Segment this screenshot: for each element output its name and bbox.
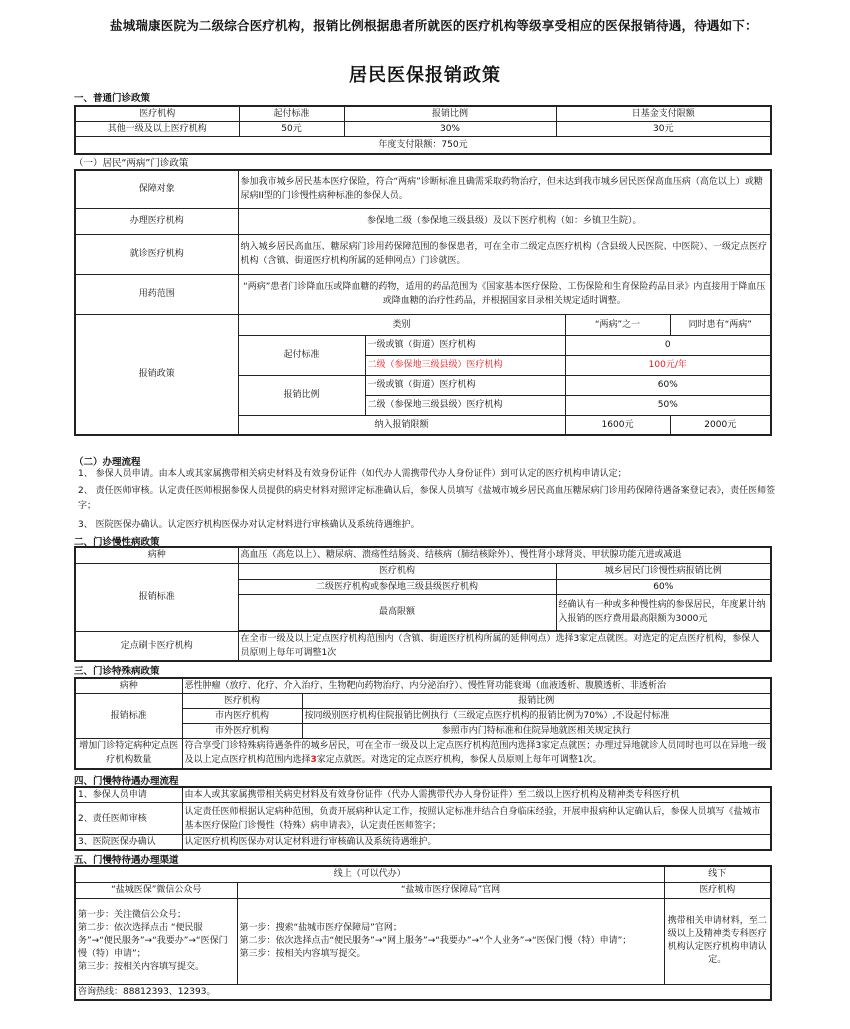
page-title: 居民医保报销政策 <box>0 61 850 87</box>
row-text: 认定医疗机构医保办对认定材料进行审核确认及系统待遇维护。 <box>182 835 771 851</box>
step: 第二步：依次选择点击 “便民服务”→“便民服务”→“我要办”→“医保门慢（特）申… <box>78 922 235 961</box>
row-text: 认定责任医师根据认定病种范围，负责开展病种认定工作，按照认定标准并结合自身临床经… <box>182 803 771 835</box>
cell: 1600元 <box>565 415 670 435</box>
row-text: “两病”患者门诊降血压或降血糖的药物，适用的药品范围为《国家基本医疗保险、工伤保… <box>238 274 771 314</box>
row-text: 高血压（高危以上）、糖尿病、溃疡性结肠炎、结核病（肺结核除外）、慢性肾小球肾炎、… <box>238 547 771 563</box>
section4-heading: 四、门慢特待遇办理流程 <box>74 773 179 787</box>
header-cell: 起付标准 <box>239 106 344 122</box>
cell: 2000元 <box>670 415 771 435</box>
policy-label: 报销政策 <box>75 314 238 435</box>
cell: 50% <box>565 395 771 415</box>
procedure-step: 1、 参保人员申请。由本人或其家属携带相关病史材料及有效身份证件（如代办人需携带… <box>78 466 778 482</box>
header-cell: 报销比例 <box>344 106 556 122</box>
step: 第三步：按相关内容填写提交。 <box>78 961 235 974</box>
cell: 二级（参保地三级县级）医疗机构 <box>365 395 565 415</box>
header-cell: 日基金支付限额 <box>556 106 771 122</box>
row-text: 纳入城乡居民高血压、糖尿病门诊用药保障范围的参保患者，可在全市二级定点医疗机构（… <box>238 234 771 274</box>
step: 第三步：按相关内容填写提交。 <box>240 948 662 961</box>
procedure-step: 3、 医院医保办确认。认定医疗机构医保办对认定材料进行审核确认及系统待遇维护。 <box>78 517 778 533</box>
intro-paragraph: 盐城瑞康医院为二级综合医疗机构，报销比例根据患者所就医的医疗机构等级享受相应的医… <box>74 15 774 37</box>
cell-highlight: 二级（参保地三级县级）医疗机构 <box>365 355 565 375</box>
header-cell: 医疗机构 <box>182 694 302 709</box>
row-label: 增加门诊特定病种定点医疗机构数量 <box>75 739 182 769</box>
header-cell: 同时患有“两病” <box>670 314 771 335</box>
two-disease-table: 保障对象 参加我市城乡居民基本医疗保险，符合“两病”诊断标准且确需采取药物治疗，… <box>74 169 772 436</box>
header-cell: 医疗机构 <box>238 563 556 579</box>
cell: 30% <box>344 122 556 137</box>
row-text: 参保地二级（参保地三级县级）及以下医疗机构（如：乡镇卫生院）。 <box>238 208 771 234</box>
row-label: 报销标准 <box>75 694 182 739</box>
header-cell: 线上（可以代办） <box>75 866 664 882</box>
cell: 最高限额 <box>238 594 556 630</box>
section1a-heading: （一）居民“两病”门诊政策 <box>74 155 188 169</box>
general-outpatient-table: 医疗机构 起付标准 报销比例 日基金支付限额 其他一级及以上医疗机构 50元 3… <box>74 105 772 155</box>
web-steps: 第一步：搜索“盐城市医疗保障局”官网； 第二步：依次选择点击“便民服务”→“网上… <box>237 898 664 984</box>
row-label: 报销标准 <box>75 563 238 631</box>
chronic-disease-table: 病种 高血压（高危以上）、糖尿病、溃疡性结肠炎、结核病（肺结核除外）、慢性肾小球… <box>74 546 772 662</box>
cell: 0 <box>565 335 771 355</box>
cell: 60% <box>565 375 771 395</box>
step: 第一步：关注微信公众号； <box>78 909 235 922</box>
deductible-label: 起付标准 <box>238 335 365 375</box>
cell-highlight: 100元/年 <box>565 355 771 375</box>
wechat-steps: 第一步：关注微信公众号； 第二步：依次选择点击 “便民服务”→“便民服务”→“我… <box>75 898 237 984</box>
row-label: 病种 <box>75 678 182 694</box>
header-cell: “两病”之一 <box>565 314 670 335</box>
header-cell: 类别 <box>238 314 565 335</box>
row-text: 参加我市城乡居民基本医疗保险，符合“两病”诊断标准且确需采取药物治疗，但未达到我… <box>238 170 771 208</box>
cell: 一级或镇（街道）医疗机构 <box>365 335 565 355</box>
limit-label: 纳入报销限额 <box>238 415 565 435</box>
cell: 30元 <box>556 122 771 137</box>
header-cell: 医疗机构 <box>664 882 771 898</box>
section3-heading: 三、门诊特殊病政策 <box>74 663 160 677</box>
row-label: 保障对象 <box>75 170 238 208</box>
cell: 市内医疗机构 <box>182 709 302 724</box>
cell: 经确认有一种或多种慢性病的参保居民，年度累计纳入报销的医疗费用最高限额为3000… <box>556 594 771 630</box>
cell: 60% <box>556 579 771 594</box>
header-cell: “盐城医保”微信公众号 <box>75 882 237 898</box>
cell: 市外医疗机构 <box>182 724 302 739</box>
step: 第一步：搜索“盐城市医疗保障局”官网； <box>240 922 662 935</box>
header-cell: 医疗机构 <box>75 106 239 122</box>
row-label: 2、责任医师审核 <box>75 803 182 835</box>
row-label: 3、医院医保办确认 <box>75 835 182 851</box>
row-text: 符合享受门诊特殊病待遇条件的城乡居民，可在全市一级及以上定点医疗机构范围内选择3… <box>182 739 771 769</box>
annual-limit: 年度支付限额：750元 <box>75 137 771 155</box>
cell: 一级或镇（街道）医疗机构 <box>365 375 565 395</box>
row-label: 就诊医疗机构 <box>75 234 238 274</box>
cell: 二级医疗机构或参保地三级县级医疗机构 <box>238 579 556 594</box>
hotline: 咨询热线：88812393、12393。 <box>75 984 771 1000</box>
header-cell: 城乡居民门诊慢性病报销比例 <box>556 563 771 579</box>
row-label: 定点刷卡医疗机构 <box>75 631 238 661</box>
process-table: 1、参保人员申请 由本人或其家属携带相关病史材料及有效身份证件（代办人需携带代办… <box>74 786 772 851</box>
row-text: 由本人或其家属携带相关病史材料及有效身份证件（代办人需携带代办人身份证件）至二级… <box>182 787 771 803</box>
row-text: 恶性肿瘤（放疗、化疗、介入治疗、生物靶向药物治疗、内分泌治疗）、慢性肾功能衰竭（… <box>182 678 771 694</box>
header-cell: 线下 <box>664 866 771 882</box>
text-part: 家定点就医。对选定的定点医疗机构，参保人员原则上每年可调整1次。 <box>317 755 602 765</box>
row-label: 1、参保人员申请 <box>75 787 182 803</box>
cell: 50元 <box>239 122 344 137</box>
row-text: 在全市一级及以上定点医疗机构范围内（含镇、街道医疗机构所属的延伸网点）选择3家定… <box>238 631 771 661</box>
section1-heading: 一、普通门诊政策 <box>74 90 150 104</box>
cell: 参照市内门特标准和住院异地就医相关规定执行 <box>302 724 771 739</box>
row-label: 病种 <box>75 547 238 563</box>
institution-text: 携带相关申请材料，至二级以上及精神类专科医疗机构认定医疗机构申请认定。 <box>664 898 771 984</box>
special-disease-table: 病种 恶性肿瘤（放疗、化疗、介入治疗、生物靶向药物治疗、内分泌治疗）、慢性肾功能… <box>74 677 772 770</box>
channel-table: 线上（可以代办） 线下 “盐城医保”微信公众号 “盐城市医疗保障局”官网 医疗机… <box>74 865 772 1001</box>
section5-heading: 五、门慢特待遇办理渠道 <box>74 852 179 866</box>
step: 第二步：依次选择点击“便民服务”→“网上服务”→“我要办”→“个人业务”→“医保… <box>240 935 662 948</box>
row-label: 用药范围 <box>75 274 238 314</box>
procedure-step: 2、 责任医师审核。认定责任医师根据参保人员提供的病史材料对照评定标准确认后，参… <box>78 484 778 514</box>
cell: 其他一级及以上医疗机构 <box>75 122 239 137</box>
header-cell: “盐城市医疗保障局”官网 <box>237 882 664 898</box>
row-label: 办理医疗机构 <box>75 208 238 234</box>
ratio-label: 报销比例 <box>238 375 365 415</box>
cell: 按同级别医疗机构住院报销比例执行（三级定点医疗机构的报销比例为70%）,不设起付… <box>302 709 771 724</box>
header-cell: 报销比例 <box>302 694 771 709</box>
